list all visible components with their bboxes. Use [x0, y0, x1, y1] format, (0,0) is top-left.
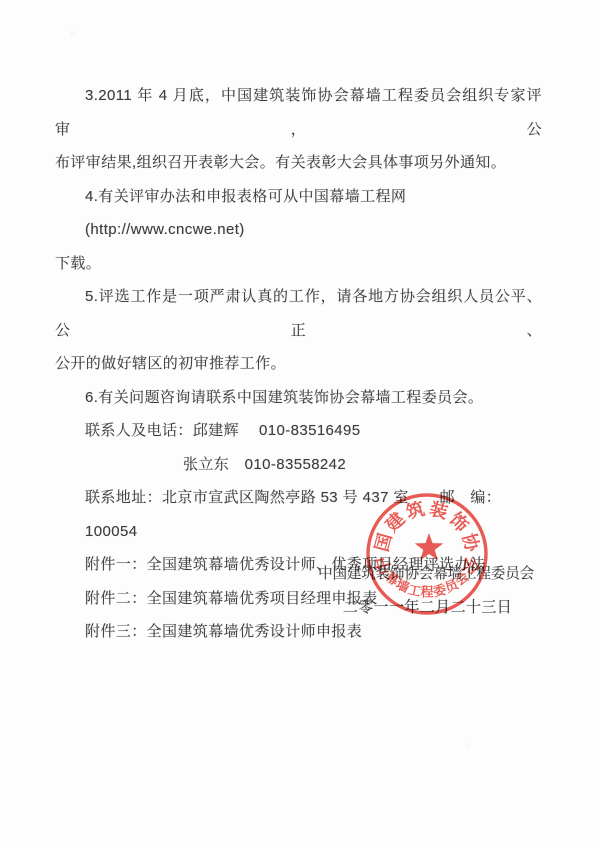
- body-line: 6.有关问题咨询请联系中国建筑装饰协会幕墙工程委员会。: [55, 381, 542, 415]
- body-line: 5.评选工作是一项严肃认真的工作，请各地方协会组织人员公平、公正、: [55, 280, 542, 347]
- contact-person-line: 张立东 010-83558242: [55, 448, 542, 482]
- star-icon: [415, 533, 444, 560]
- svg-text:国: 国: [372, 531, 396, 554]
- contact-person-line: 联系人及电话：邱建辉 010-83516495: [55, 414, 542, 448]
- body-line: 3.2011 年 4 月底，中国建筑装饰协会幕墙工程委员会组织专家评审，公: [55, 79, 542, 146]
- signature-block: 中国建筑装饰协会幕墙工程委员会 二零一一年二月二十三日: [0, 558, 600, 624]
- body-line: 下载。: [55, 247, 542, 281]
- document-page: 3.2011 年 4 月底，中国建筑装饰协会幕墙工程委员会组织专家评审，公 布评…: [0, 0, 600, 847]
- svg-text:筑: 筑: [404, 498, 427, 523]
- official-seal-stamp: 中国建筑装饰协会 幕墙工程委员会: [357, 484, 497, 624]
- svg-text:装: 装: [427, 498, 450, 523]
- svg-text:协: 协: [459, 531, 484, 555]
- body-line: 4.有关评审办法和申报表格可从中国幕墙工程网(http://www.cncwe.…: [55, 180, 542, 247]
- body-line: 布评审结果,组织召开表彰大会。有关表彰大会具体事项另外通知。: [55, 146, 542, 180]
- body-line: 公开的做好辖区的初审推荐工作。: [55, 347, 542, 381]
- seal-bottom-text: 幕墙工程委员会: [383, 569, 472, 600]
